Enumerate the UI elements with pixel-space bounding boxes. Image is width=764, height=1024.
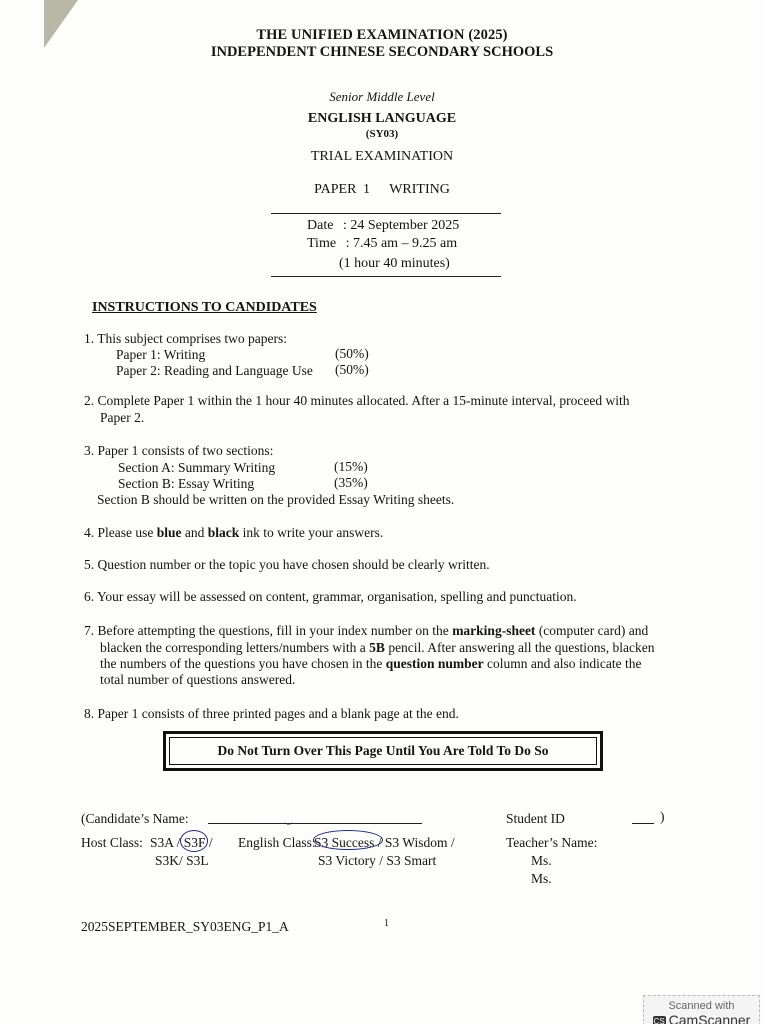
divider-bottom <box>271 276 501 277</box>
host-class-label: Host Class: <box>81 834 143 851</box>
school-type-title: INDEPENDENT CHINESE SECONDARY SCHOOLS <box>0 44 764 61</box>
instruction-7-line2: blacken the corresponding letters/number… <box>100 639 654 656</box>
instruction-8: 8. Paper 1 consists of three printed pag… <box>84 705 459 722</box>
instruction-2-cont: Paper 2. <box>100 409 144 426</box>
time-value: : 7.45 am – 9.25 am <box>346 236 458 251</box>
subject-title: ENGLISH LANGUAGE <box>0 111 764 127</box>
instruction-4: 4. Please use blue and black ink to writ… <box>84 524 383 541</box>
exam-type: TRIAL EXAMINATION <box>0 149 764 165</box>
teacher-name-label: Teacher’s Name: <box>506 834 597 851</box>
date-value: : 24 September 2025 <box>343 218 459 233</box>
time-row: Time : 7.45 am – 9.25 am <box>307 236 457 252</box>
english-class-circle <box>313 830 383 850</box>
exam-board-title: THE UNIFIED EXAMINATION (2025) <box>0 27 764 44</box>
host-class-options-2: S3K/ S3L <box>155 852 209 869</box>
candidate-name-field-2[interactable] <box>312 823 422 824</box>
student-id-field[interactable] <box>632 823 654 824</box>
watermark-line1: Scanned with <box>644 1000 759 1012</box>
section-a-percent: (15%) <box>334 459 368 475</box>
host-class-circle <box>180 830 208 852</box>
paper-1-percent: (50%) <box>335 346 369 362</box>
instruction-3: 3. Paper 1 consists of two sections: <box>84 442 273 459</box>
closing-paren: ) <box>660 808 665 825</box>
divider-top <box>271 213 501 214</box>
instruction-7-line3: the numbers of the questions you have ch… <box>100 655 641 672</box>
english-class-options-2: S3 Victory / S3 Smart <box>318 852 436 869</box>
student-id-label: Student ID <box>506 810 565 827</box>
instruction-7: 7. Before attempting the questions, fill… <box>84 622 648 639</box>
paper-1-weight: Paper 1: Writing <box>116 346 205 363</box>
candidate-name-label: (Candidate’s Name: <box>81 810 189 827</box>
instruction-6: 6. Your essay will be assessed on conten… <box>84 588 577 605</box>
paper-2-weight: Paper 2: Reading and Language Use <box>116 362 313 379</box>
paper-title: PAPER 1 WRITING <box>0 182 764 198</box>
page-number: 1 <box>384 918 389 929</box>
section-a-weight: Section A: Summary Writing <box>118 459 275 476</box>
watermark-line2: CSCamScanner <box>644 1012 759 1024</box>
instruction-7-line4: total number of questions answered. <box>100 671 295 688</box>
subject-code: (SY03) <box>0 128 764 140</box>
section-b-note: Section B should be written on the provi… <box>97 491 454 508</box>
time-label: Time <box>307 236 336 251</box>
instruction-2: 2. Complete Paper 1 within the 1 hour 40… <box>84 392 629 409</box>
date-row: Date : 24 September 2025 <box>307 218 459 234</box>
english-class-label: English Class: <box>238 834 316 851</box>
instructions-heading: INSTRUCTIONS TO CANDIDATES <box>92 300 317 316</box>
camscanner-logo-icon: CS <box>653 1016 666 1024</box>
camscanner-watermark: Scanned with CSCamScanner <box>643 995 760 1024</box>
paper-2-percent: (50%) <box>335 362 369 378</box>
level-label: Senior Middle Level <box>0 89 764 105</box>
duration: (1 hour 40 minutes) <box>339 256 450 272</box>
teacher-name-line3: Ms. <box>531 870 552 887</box>
notice-box: Do Not Turn Over This Page Until You Are… <box>163 731 603 771</box>
instruction-5: 5. Question number or the topic you have… <box>84 556 490 573</box>
instruction-1: 1. This subject comprises two papers: <box>84 330 287 347</box>
section-b-percent: (35%) <box>334 475 368 491</box>
document-code: 2025SEPTEMBER_SY03ENG_P1_A <box>81 918 289 935</box>
date-label: Date <box>307 218 333 233</box>
notice-text: Do Not Turn Over This Page Until You Are… <box>169 737 597 765</box>
section-b-weight: Section B: Essay Writing <box>118 475 254 492</box>
teacher-name-line2: Ms. <box>531 852 552 869</box>
ink-mark: ⌣ <box>284 816 293 832</box>
